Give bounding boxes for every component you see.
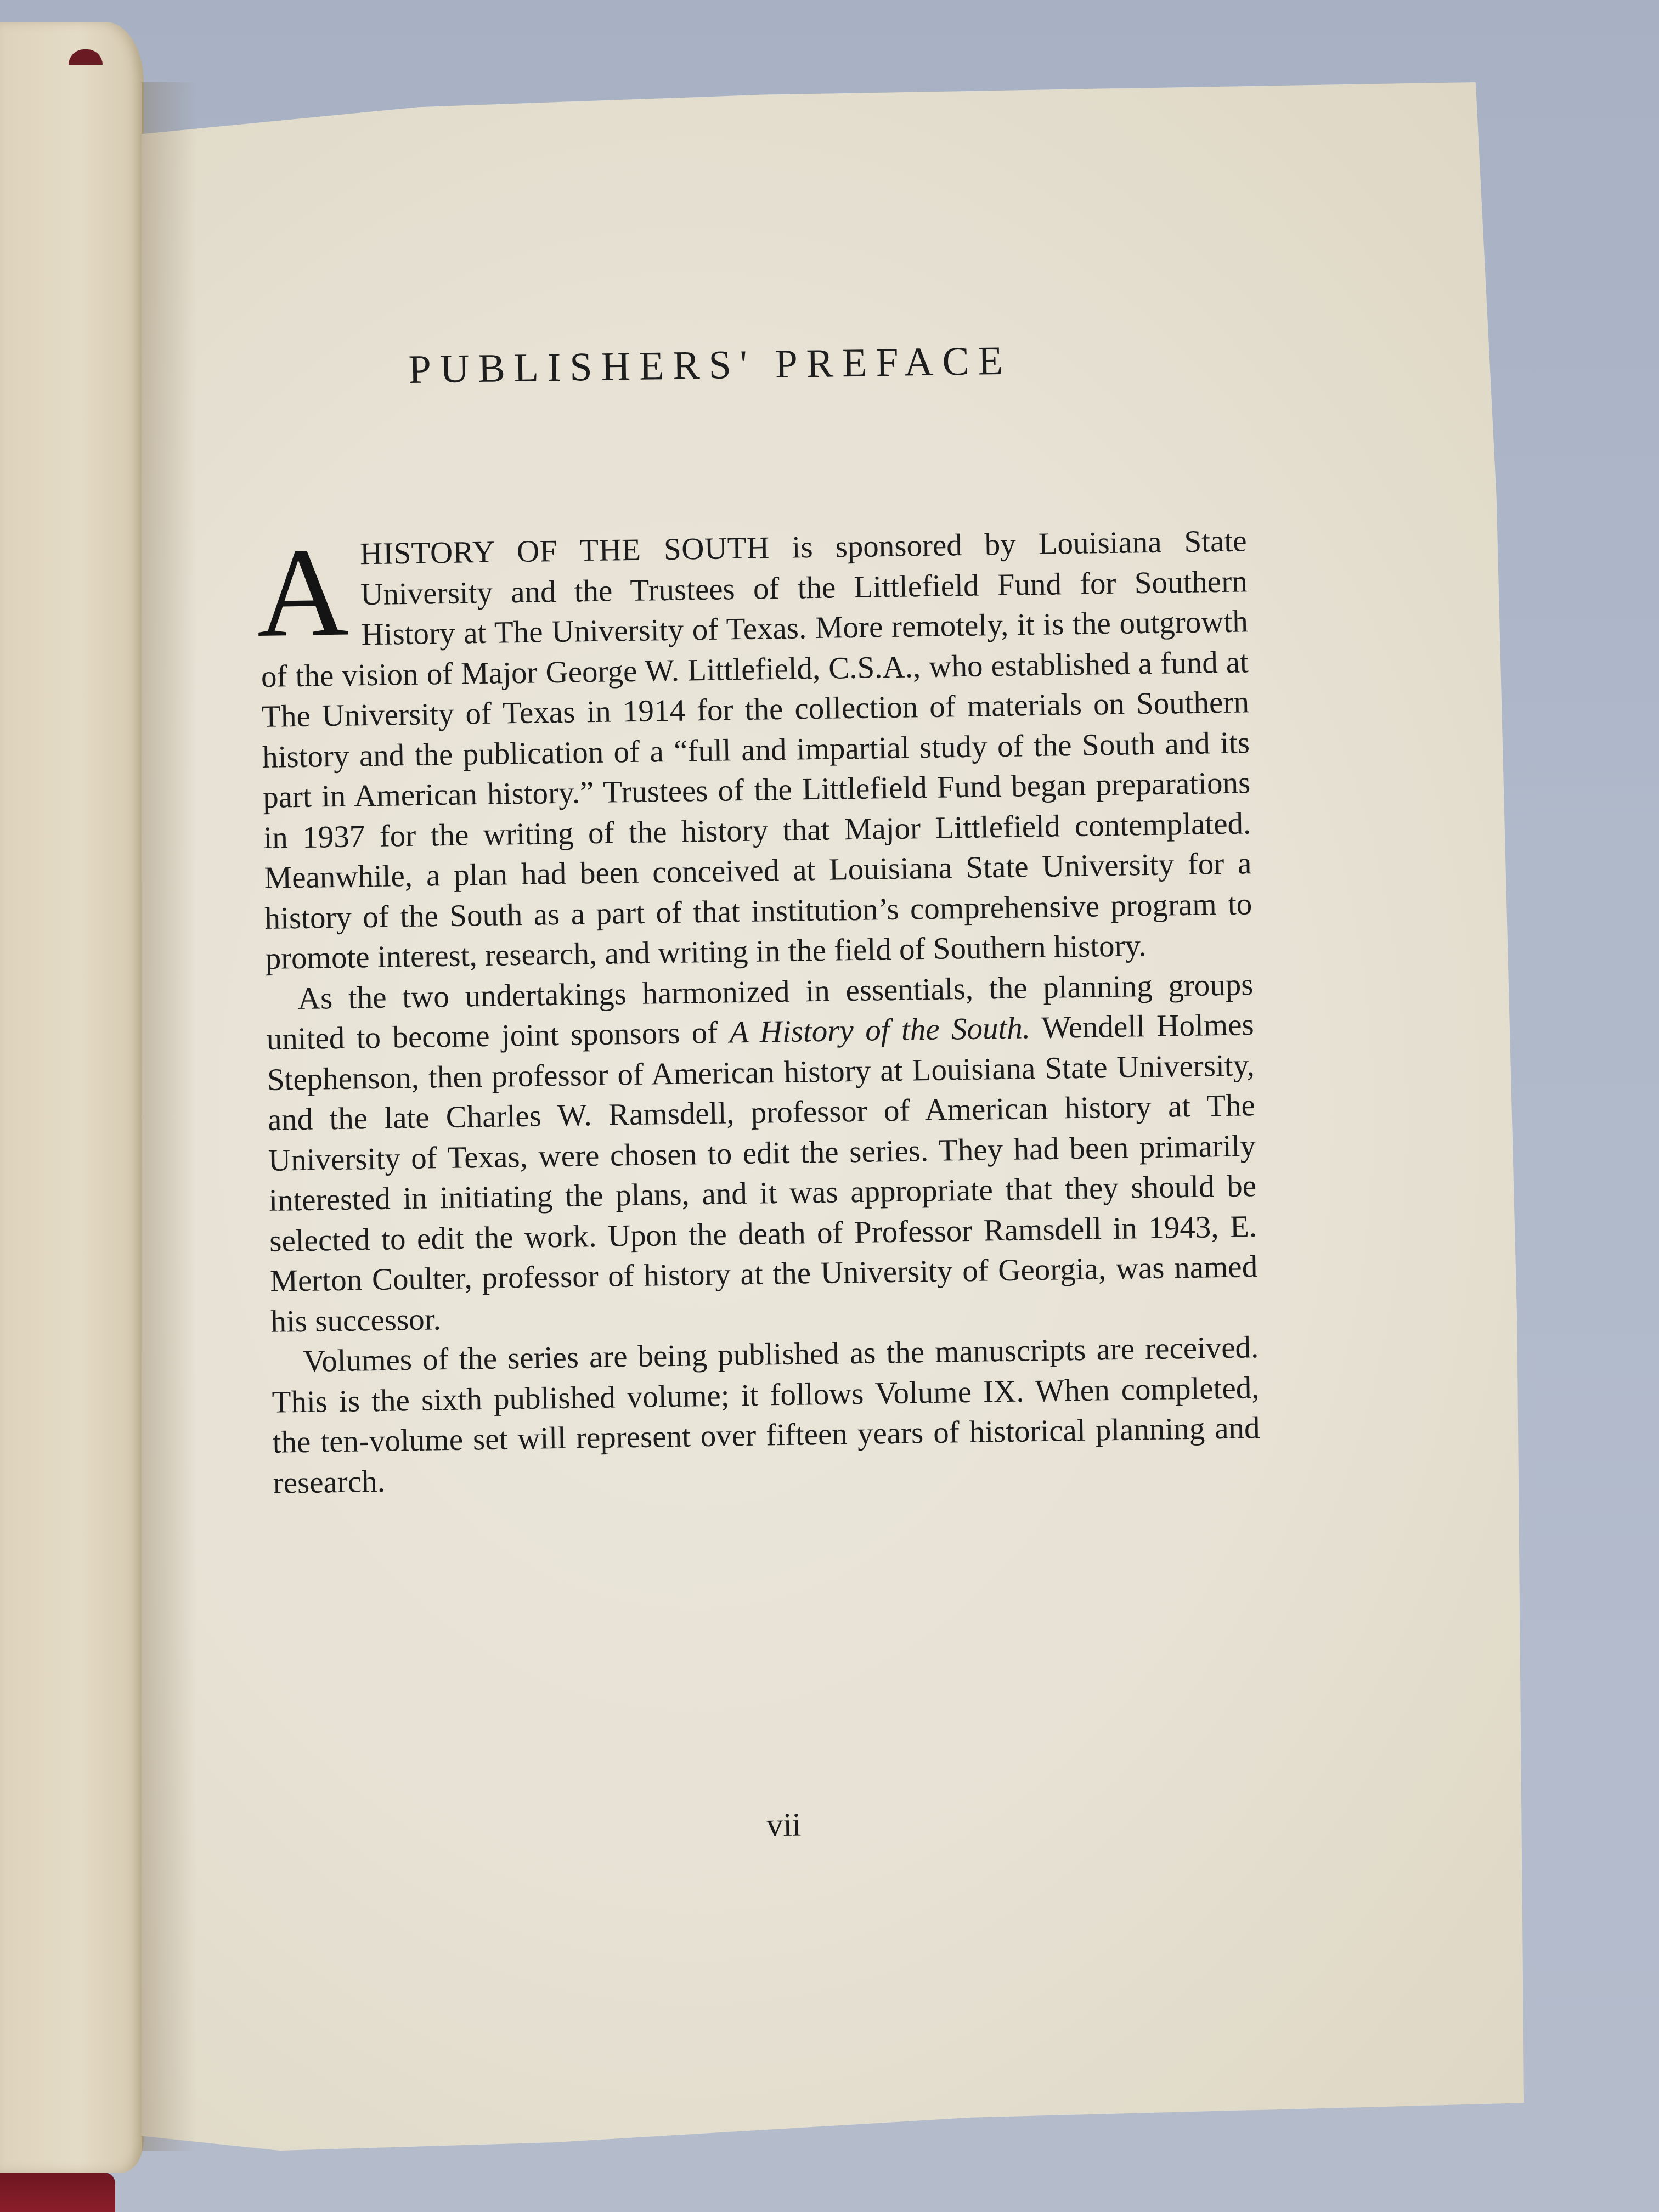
paragraph-3: Volumes of the series are being publishe…	[271, 1327, 1261, 1503]
series-title-italic: A History of the South.	[729, 1011, 1030, 1049]
series-title-smallcaps: HISTORY OF THE SOUTH	[360, 531, 770, 571]
page-title: PUBLISHERS' PREFACE	[408, 338, 1012, 393]
paragraph-2: As the two undertakings harmonized in es…	[266, 964, 1259, 1342]
drop-cap: A	[256, 543, 349, 648]
paragraph-1-text: is sponsored by Louisiana State Universi…	[261, 523, 1252, 976]
paragraph-2-text-b: Wendell Holmes Stephenson, then professo…	[267, 1007, 1257, 1339]
book-page: PUBLISHERS' PREFACE AHISTORY OF THE SOUT…	[142, 0, 1535, 2172]
paragraph-1: AHISTORY OF THE SOUTH is sponsored by Lo…	[259, 521, 1253, 979]
preface-body: AHISTORY OF THE SOUTH is sponsored by Lo…	[259, 521, 1261, 1503]
left-facing-page	[0, 22, 144, 2172]
paragraph-3-text: Volumes of the series are being publishe…	[272, 1330, 1260, 1500]
bookmark-ribbon	[69, 49, 103, 65]
photo-scene: PUBLISHERS' PREFACE AHISTORY OF THE SOUT…	[0, 0, 1659, 2212]
gutter-shadow	[142, 82, 196, 2151]
page-number: vii	[766, 1806, 802, 1844]
red-book-cover	[0, 2172, 115, 2212]
page-content: PUBLISHERS' PREFACE AHISTORY OF THE SOUT…	[126, 0, 1551, 2183]
